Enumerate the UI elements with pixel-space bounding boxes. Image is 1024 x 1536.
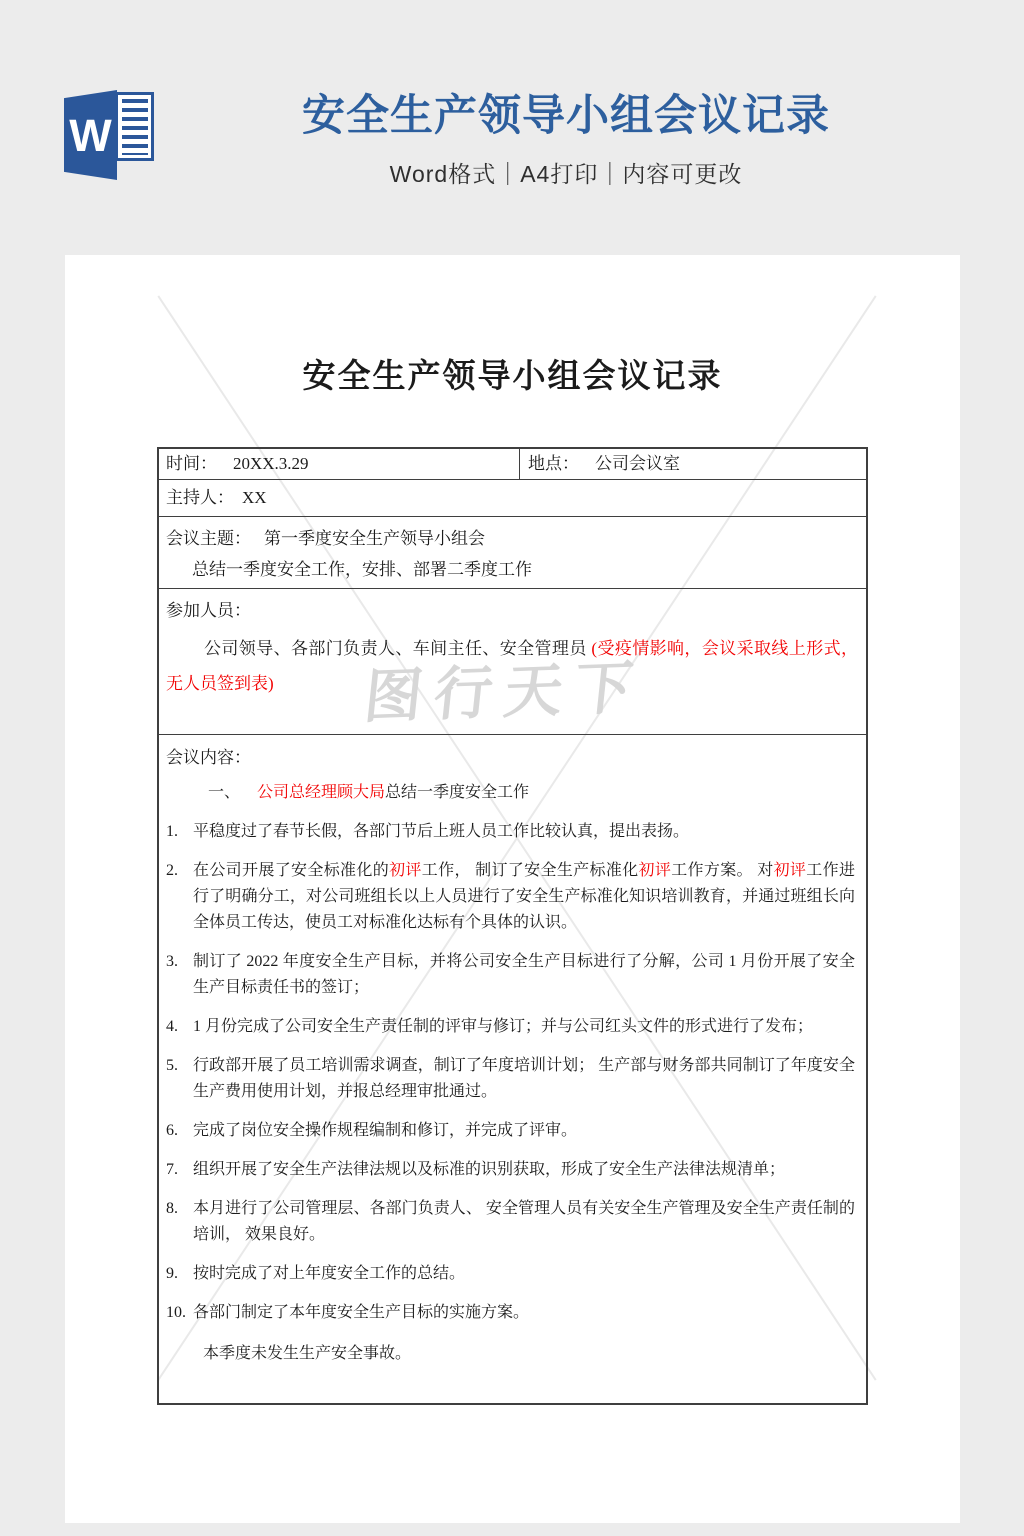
- content-item: 7. 组织开展了安全生产法律法规以及标准的识别获取，形成了安全生产法律法规清单；: [166, 1157, 856, 1183]
- table-row-content: 会议内容： 一、公司总经理顾大局总结一季度安全工作 1. 平稳度过了春节长假，各…: [159, 734, 866, 1403]
- content-item: 2. 在公司开展了安全标准化的初评工作， 制订了安全生产标准化初评工作方案。 对…: [166, 858, 856, 936]
- table-row-host: 主持人： XX: [159, 479, 866, 516]
- content-item-list: 1. 平稳度过了春节长假，各部门节后上班人员工作比较认真，提出表扬。 2. 在公…: [166, 819, 856, 1326]
- item-number: 9.: [166, 1261, 193, 1287]
- item-text: 平稳度过了春节长假，各部门节后上班人员工作比较认真，提出表扬。: [193, 819, 856, 845]
- item-number: 3.: [166, 949, 193, 1001]
- item-number: 10.: [166, 1300, 193, 1326]
- item-text: 制订了 2022 年度安全生产目标，并将公司安全生产目标进行了分解，公司 1 月…: [193, 949, 856, 1001]
- content-label: 会议内容：: [166, 744, 856, 771]
- time-label: 时间：: [166, 450, 217, 477]
- host-label: 主持人：: [166, 484, 234, 511]
- template-title: 安全生产领导小组会议记录: [108, 94, 1024, 139]
- item-number: 5.: [166, 1053, 193, 1105]
- content-item: 4. 1 月份完成了公司安全生产责任制的评审与修订；并与公司红头文件的形式进行了…: [166, 1014, 856, 1040]
- section-heading-text: 公司总经理顾大局总结一季度安全工作: [257, 784, 529, 801]
- item-text: 行政部开展了员工培训需求调查，制订了年度培训计划； 生产部与财务部共同制订了年度…: [193, 1053, 856, 1105]
- topic-text: 第一季度安全生产领导小组会: [264, 529, 485, 548]
- item-text: 各部门制定了本年度安全生产目标的实施方案。: [193, 1300, 856, 1326]
- cell-place: 地点： 公司会议室: [520, 449, 866, 479]
- template-subtitle: Word格式｜A4打印｜内容可更改: [108, 156, 1024, 189]
- topic-line2: 总结一季度安全工作，安排、部署二季度工作: [166, 554, 858, 585]
- document-title: 安全生产领导小组会议记录: [65, 350, 960, 397]
- topic-label: 会议主题：: [166, 529, 251, 548]
- host-value: XX: [242, 484, 267, 511]
- content-closing-line: 本季度未发生生产安全事故。: [166, 1341, 856, 1367]
- meeting-record-table: 时间： 20XX.3.29 地点： 公司会议室 主持人： XX 会议主题：第一季…: [157, 447, 868, 1405]
- template-header: 安全生产领导小组会议记录 Word格式｜A4打印｜内容可更改: [108, 94, 1024, 189]
- content-section-heading: 一、公司总经理顾大局总结一季度安全工作: [166, 780, 856, 806]
- item-number: 2.: [166, 858, 193, 936]
- participants-text: 公司领导、各部门负责人、车间主任、安全管理员 (受疫情影响，会议采取线上形式，无…: [166, 631, 858, 701]
- template-preview: { "header": { "icon_letter": "W", "title…: [0, 0, 1024, 1536]
- place-value: 公司会议室: [595, 450, 680, 477]
- item-text: 本月进行了公司管理层、各部门负责人、 安全管理人员有关安全生产管理及安全生产责任…: [193, 1196, 856, 1248]
- word-logo-letter: W: [69, 113, 111, 158]
- table-row-participants: 参加人员： 公司领导、各部门负责人、车间主任、安全管理员 (受疫情影响，会议采取…: [159, 588, 866, 734]
- content-item: 10. 各部门制定了本年度安全生产目标的实施方案。: [166, 1300, 856, 1326]
- content-item: 8. 本月进行了公司管理层、各部门负责人、 安全管理人员有关安全生产管理及安全生…: [166, 1196, 856, 1248]
- content-item: 3. 制订了 2022 年度安全生产目标，并将公司安全生产目标进行了分解，公司 …: [166, 949, 856, 1001]
- time-value: 20XX.3.29: [233, 450, 309, 477]
- item-number: 8.: [166, 1196, 193, 1248]
- participants-label: 参加人员：: [166, 596, 866, 626]
- item-number: 7.: [166, 1157, 193, 1183]
- section-number: 一、: [208, 784, 240, 801]
- content-item: 1. 平稳度过了春节长假，各部门节后上班人员工作比较认真，提出表扬。: [166, 819, 856, 845]
- item-text: 在公司开展了安全标准化的初评工作， 制订了安全生产标准化初评工作方案。 对初评工…: [193, 858, 856, 936]
- item-text: 组织开展了安全生产法律法规以及标准的识别获取，形成了安全生产法律法规清单；: [193, 1157, 856, 1183]
- item-text: 完成了岗位安全操作规程编制和修订，并完成了评审。: [193, 1118, 856, 1144]
- item-number: 6.: [166, 1118, 193, 1144]
- item-text: 1 月份完成了公司安全生产责任制的评审与修订；并与公司红头文件的形式进行了发布；: [193, 1014, 856, 1040]
- item-number: 4.: [166, 1014, 193, 1040]
- place-label: 地点：: [528, 450, 579, 477]
- content-item: 6. 完成了岗位安全操作规程编制和修订，并完成了评审。: [166, 1118, 856, 1144]
- cell-time: 时间： 20XX.3.29: [159, 449, 520, 479]
- table-row-time-place: 时间： 20XX.3.29 地点： 公司会议室: [159, 449, 866, 479]
- content-item: 9. 按时完成了对上年度安全工作的总结。: [166, 1261, 856, 1287]
- document-page: 图行天下 安全生产领导小组会议记录 时间： 20XX.3.29 地点： 公司会议…: [65, 255, 960, 1523]
- content-item: 5. 行政部开展了员工培训需求调查，制订了年度培训计划； 生产部与财务部共同制订…: [166, 1053, 856, 1105]
- table-row-topic: 会议主题：第一季度安全生产领导小组会 总结一季度安全工作，安排、部署二季度工作: [159, 516, 866, 588]
- item-number: 1.: [166, 819, 193, 845]
- item-text: 按时完成了对上年度安全工作的总结。: [193, 1261, 856, 1287]
- topic-line1: 会议主题：第一季度安全生产领导小组会: [166, 523, 858, 554]
